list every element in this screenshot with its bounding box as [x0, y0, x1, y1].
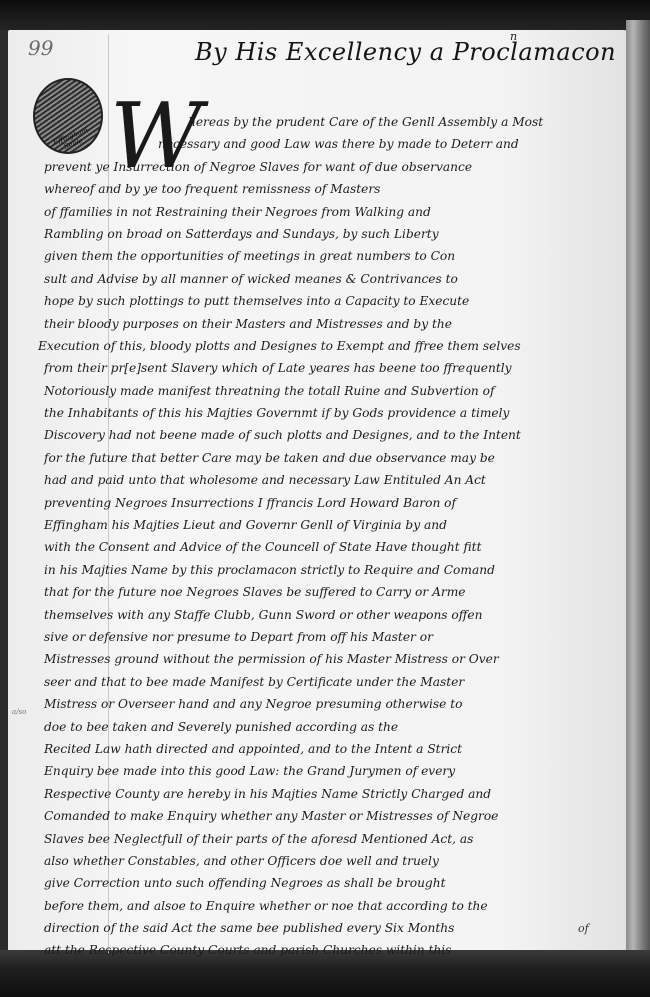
manuscript-line: Enquiry bee made into this good Law: the… [38, 760, 623, 782]
manuscript-line: that for the future noe Negroes Slaves b… [38, 581, 623, 603]
manuscript-line: Mistress or Overseer hand and any Negroe… [38, 693, 623, 715]
manuscript-line: whereof and by ye too frequent remissnes… [38, 178, 623, 200]
manuscript-line: sive or defensive nor presume to Depart … [38, 626, 623, 648]
manuscript-line: had and paid unto that wholesome and nec… [38, 469, 623, 491]
manuscript-line: Discovery had not beene made of such plo… [38, 424, 623, 446]
manuscript-line: hope by such plottings to putt themselve… [38, 290, 623, 312]
heading-superscript: n [510, 30, 517, 43]
manuscript-line: doe to bee taken and Severely punished a… [38, 716, 623, 738]
manuscript-line: in his Majties Name by this proclamacon … [38, 559, 623, 581]
book-gutter [626, 20, 650, 970]
catchword: of [578, 922, 589, 935]
proclamation-heading: By His Excellency a Proclamacon [195, 38, 616, 66]
manuscript-line: Notoriously made manifest threatning the… [38, 380, 623, 402]
manuscript-line: Collony, and if upon the Grand Jurys Enq… [38, 962, 623, 984]
manuscript-line: Effingham his Majties Lieut and Governr … [38, 514, 623, 536]
manuscript-line: direction of the said Act the same bee p… [38, 917, 623, 939]
manuscript-line: also whether Constables, and other Offic… [38, 850, 623, 872]
margin-note: a/so [12, 708, 26, 716]
manuscript-line: hereas by the prudent Care of the Genll … [38, 111, 623, 133]
manuscript-line: Execution of this, bloody plotts and Des… [38, 335, 623, 357]
manuscript-line: given them the opportunities of meetings… [38, 245, 623, 267]
manuscript-line: the Inhabitants of this his Majties Gove… [38, 402, 623, 424]
manuscript-line: Slaves bee Neglectfull of their parts of… [38, 828, 623, 850]
manuscript-line: from their pr[e]sent Slavery which of La… [38, 357, 623, 379]
manuscript-line: of ffamilies in not Restraining their Ne… [38, 201, 623, 223]
manuscript-line: seer and that to bee made Manifest by Ce… [38, 671, 623, 693]
manuscript-line: att the Respective County Courts and par… [38, 939, 623, 961]
manuscript-line: sult and Advise by all manner of wicked … [38, 268, 623, 290]
manuscript-line: necessary and good Law was there by made… [38, 133, 623, 155]
manuscript-line: themselves with any Staffe Clubb, Gunn S… [38, 604, 623, 626]
page-number: 99 [28, 36, 53, 60]
manuscript-line: for the future that better Care may be t… [38, 447, 623, 469]
manuscript-line: preventing Negroes Insurrections I ffran… [38, 492, 623, 514]
proclamation-body: hereas by the prudent Care of the Genll … [38, 111, 623, 984]
manuscript-line: with the Consent and Advice of the Counc… [38, 536, 623, 558]
manuscript-line: Recited Law hath directed and appointed,… [38, 738, 623, 760]
manuscript-line: Mistresses ground without the permission… [38, 648, 623, 670]
manuscript-line: prevent ye Insurrection of Negroe Slaves… [38, 156, 623, 178]
manuscript-line: give Correction unto such offending Negr… [38, 872, 623, 894]
manuscript-line: Comanded to make Enquiry whether any Mas… [38, 805, 623, 827]
manuscript-line: Respective County are hereby in his Majt… [38, 783, 623, 805]
manuscript-line: before them, and alsoe to Enquire whethe… [38, 895, 623, 917]
manuscript-line: their bloody purposes on their Masters a… [38, 313, 623, 335]
manuscript-line: Rambling on broad on Satterdays and Sund… [38, 223, 623, 245]
